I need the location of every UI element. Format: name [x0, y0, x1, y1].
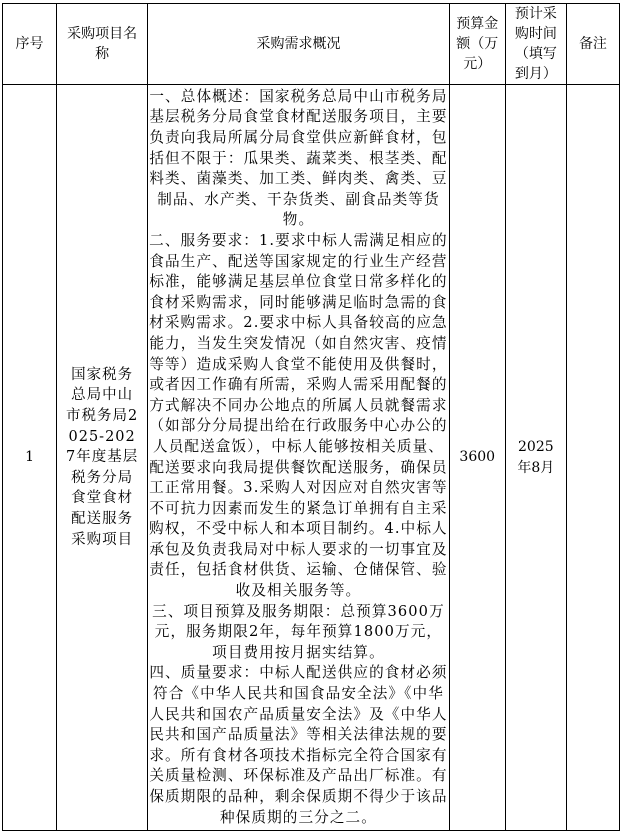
cell-seq: 1 — [3, 85, 57, 831]
header-demand-overview: 采购需求概况 — [148, 4, 449, 85]
section-service-requirements: 二、服务要求：1.要求中标人需满足相应的食品生产、配送等国家规定的行业生产经营标… — [148, 231, 448, 602]
table-row: 1 国家税务总局中山市税务局2025-2027年度基层税务分局食堂食材配送服务采… — [3, 85, 620, 831]
project-name-text: 国家税务总局中山市税务局2025-2027年度基层税务分局食堂食材配送服务采购项… — [65, 365, 139, 550]
header-seq: 序号 — [3, 4, 57, 85]
cell-demand-overview: 一、总体概述：国家税务总局中山市税务局基层税务分局食堂食材配送服务项目，主要负责… — [148, 85, 449, 831]
section-overview: 一、总体概述：国家税务总局中山市税务局基层税务分局食堂食材配送服务项目，主要负责… — [148, 87, 448, 231]
planned-time-text: 2025年8月 — [514, 437, 558, 479]
cell-project-name: 国家税务总局中山市税务局2025-2027年度基层税务分局食堂食材配送服务采购项… — [57, 85, 148, 831]
header-planned-time: 预计采购时间（填写到月） — [505, 4, 566, 85]
cell-budget: 3600 — [449, 85, 505, 831]
header-remark: 备注 — [566, 4, 619, 85]
cell-remark — [566, 85, 619, 831]
header-row: 序号 采购项目名称 采购需求概况 预算金额（万元） 预计采购时间（填写到月） 备… — [3, 4, 620, 85]
section-quality-requirements: 四、质量要求：中标人配送供应的食材必须符合《中华人民共和国食品安全法》《中华人民… — [148, 663, 448, 828]
header-budget: 预算金额（万元） — [449, 4, 505, 85]
header-project-name: 采购项目名称 — [57, 4, 148, 85]
section-budget-and-term: 三、项目预算及服务期限：总预算3600万元，服务期限2年，每年预算1800万元，… — [148, 602, 448, 664]
procurement-table: 序号 采购项目名称 采购需求概况 预算金额（万元） 预计采购时间（填写到月） 备… — [2, 3, 620, 831]
cell-planned-time: 2025年8月 — [505, 85, 566, 831]
